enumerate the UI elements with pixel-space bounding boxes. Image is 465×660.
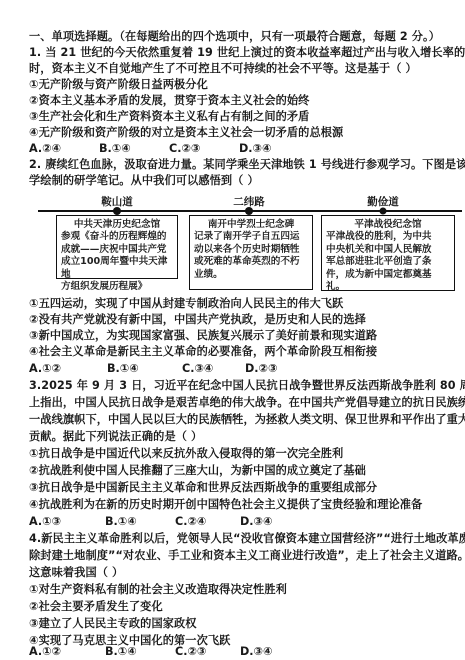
note-box-title: 中共天津历史纪念馆	[61, 219, 173, 231]
q4-stem-line-3: 这意味着我国（ ）	[29, 566, 123, 580]
q1-stem-line-1: 1. 当 21 世纪的今天依然重复着 19 世纪上演过的资本收益率超过产出与收入…	[29, 46, 465, 60]
note-box-line: 方组织发展历程展》	[61, 281, 173, 293]
q1-option-a[interactable]: A.②④	[29, 142, 61, 156]
q2-stem-line-1: 2. 赓续红色血脉，汲取奋进力量。某同学乘坐天津地铁 1 号线进行参观学习。下图…	[29, 158, 465, 172]
q3-option-c[interactable]: C.②④	[175, 515, 206, 529]
note-box-line: 礼。	[326, 281, 450, 293]
note-box-line: 件，成为新中国定都奠基	[326, 269, 450, 281]
q2-statement-2: ②没有共产党就没有新中国，中国共产党执政，是历史和人民的选择	[29, 313, 366, 327]
note-box-line: 中央机关和中国人民解放	[326, 244, 450, 256]
q1-statement-1: ①无产阶级与资产阶级日益两极分化	[29, 78, 208, 92]
q3-statement-1: ①抗日战争是中国近代以来反抗外敌入侵取得的第一次完全胜利	[29, 447, 343, 461]
q2-statement-4: ④社会主义革命是新民主主义革命的必要准备，两个革命阶段互相衔接	[29, 345, 377, 359]
q3-statement-4: ④抗战胜利为在新的历史时期开创中国特色社会主义提供了宝贵经验和理论准备	[29, 498, 422, 512]
station-dot-icon	[380, 208, 387, 215]
note-box-line: 记录了南开学子自五四运	[194, 231, 308, 243]
note-box-line: 动以来各个历史时期牺牲	[194, 244, 308, 256]
q1-statement-3: ③生产社会化和生产资料资本主义私有占有制之间的矛盾	[29, 110, 309, 124]
q4-statement-3: ③建立了人民民主专政的国家政权	[29, 617, 197, 631]
q2-option-a[interactable]: A.①②	[29, 362, 61, 376]
q3-stem-line-4: 贡献。据此下列说法正确的是（ ）	[29, 430, 202, 444]
station-note-box-2: 南开中学烈士纪念碑 记录了南开学子自五四运 动以来各个历史时期牺牲 或死难的革命…	[189, 215, 313, 290]
q1-option-b[interactable]: B.①④	[99, 142, 131, 156]
note-box-line: 平津战役的胜利，为中共	[326, 231, 450, 243]
station-note-box-3: 平津战役纪念馆 平津战役的胜利，为中共 中央机关和中国人民解放 军总部进驻北平创…	[321, 215, 455, 291]
q2-stem-line-2: 学绘制的研学笔记。从中我们可以感悟到（ ）	[29, 174, 259, 188]
note-box-line: 成立100周年暨中共天津地	[61, 256, 173, 281]
note-box-line: 业绩。	[194, 269, 308, 281]
q3-stem-line-3: 一战线旗帜下，中国人民以巨大的民族牺牲，为拯救人类文明、保卫世界和平作出了重大	[29, 413, 465, 427]
note-box-title: 平津战役纪念馆	[326, 219, 450, 231]
q2-statement-1: ①五四运动，实现了中国从封建专制政治向人民民主的伟大飞跃	[29, 297, 343, 311]
station-note-box-1: 中共天津历史纪念馆 参观《奋斗的历程辉煌的 成就——庆祝中国共产党 成立100周…	[56, 215, 178, 279]
q3-stem-line-1: 3.2025 年 9 月 3 日，习近平在纪念中国人民抗日战争暨世界反法西斯战争…	[29, 379, 465, 393]
note-box-title: 南开中学烈士纪念碑	[194, 219, 308, 231]
q4-option-c[interactable]: C.②③	[175, 645, 206, 659]
note-box-line: 成就——庆祝中国共产党	[61, 244, 173, 256]
note-box-line: 参观《奋斗的历程辉煌的	[61, 231, 173, 243]
q4-option-b[interactable]: B.①④	[105, 645, 137, 659]
q4-statement-2: ②社会主要矛盾发生了变化	[29, 600, 163, 614]
station-dot-icon	[113, 207, 121, 215]
note-box-line: 军总部进驻北平创造了条	[326, 256, 450, 268]
q1-stem-line-2: 时，资本主义不自觉地产生了不可控且不可持续的社会不平等。这是基于（ ）	[29, 62, 417, 76]
q2-statement-3: ③新中国成立，为实现国家富强、民族复兴展示了美好前景和现实道路	[29, 329, 377, 343]
q1-statement-2: ②资本主义基本矛盾的发展，贯穿于资本主义社会的始终	[29, 94, 309, 108]
q1-option-c[interactable]: C.②③	[169, 142, 200, 156]
note-box-line: 或死难的革命英烈的不朽	[194, 256, 308, 268]
q3-statement-2: ②抗战胜利使中国人民推翻了三座大山，为新中国的成立奠定了基础	[29, 464, 366, 478]
q4-stem-line-2: 除封建土地制度”“对农业、手工业和资本主义工商业进行改造”，走上了社会主义道路。	[29, 549, 465, 563]
station-dot-icon	[245, 207, 253, 215]
q3-stem-line-2: 上指出，中国人民抗日战争是艰苦卓绝的伟大战争。在中国共产党倡导建立的抗日民族统	[29, 396, 465, 410]
q4-stem-line-1: 4.新民主主义革命胜利以后，党领导人民“没收官僚资本建立国营经济”“进行土地改革…	[29, 532, 465, 546]
q2-option-c[interactable]: C.③④	[182, 362, 213, 376]
q3-option-d[interactable]: D.③④	[240, 515, 272, 529]
q1-statement-4: ④无产阶级和资产阶级的对立是资本主义社会一切矛盾的总根源	[29, 126, 343, 140]
exam-page: 一、单项选择题。（在每题给出的四个选项中，只有一项最符合题意，每题 2 分。） …	[0, 0, 465, 660]
q4-option-d[interactable]: D.③④	[240, 645, 272, 659]
q2-option-b[interactable]: B.①④	[107, 362, 139, 376]
q4-statement-1: ①对生产资料私有制的社会主义改造取得决定性胜利	[29, 583, 287, 597]
q2-option-d[interactable]: D.②③	[245, 362, 277, 376]
q3-option-b[interactable]: B.①④	[105, 515, 137, 529]
q1-option-d[interactable]: D.③④	[239, 142, 271, 156]
q4-option-a[interactable]: A.①②	[29, 645, 61, 659]
section-header: 一、单项选择题。（在每题给出的四个选项中，只有一项最符合题意，每题 2 分。）	[29, 30, 440, 44]
q3-option-a[interactable]: A.①③	[29, 515, 61, 529]
q3-statement-3: ③抗日战争是中国新民主主义革命和世界反法西斯战争的重要组成部分	[29, 481, 377, 495]
